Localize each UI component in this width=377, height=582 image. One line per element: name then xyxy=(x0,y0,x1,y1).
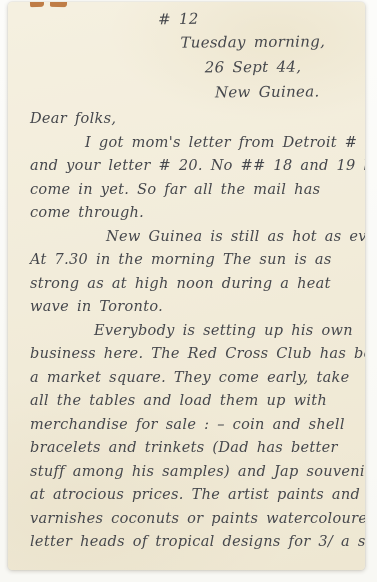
letter-line: strong as at high noon during a heat xyxy=(30,273,359,297)
letter-line: bracelets and trinkets (Dad has better xyxy=(30,437,359,461)
letter-line: varnishes coconuts or paints watercolour… xyxy=(30,508,359,532)
letter-line: stuff among his samples) and Jap souveni… xyxy=(30,461,359,485)
letter-line: and your letter # 20. No ## 18 and 19 ha… xyxy=(30,155,359,179)
letter-line: come through. xyxy=(30,202,359,226)
letter-line: merchandise for sale : – coin and shell xyxy=(30,414,359,438)
letter-line: I got mom's letter from Detroit # 17 xyxy=(30,132,359,156)
salutation: Dear folks, xyxy=(30,108,359,132)
letter-line: wave in Toronto. xyxy=(30,296,359,320)
letter-line: at atrocious prices. The artist paints a… xyxy=(30,484,359,508)
letter-line: business here. The Red Cross Club has be… xyxy=(30,343,359,367)
letter-line: come in yet. So far all the mail has xyxy=(30,179,359,203)
dateline-block: Tuesday morning, 26 Sept 44, New Guinea. xyxy=(173,29,334,105)
letter-line: Everybody is setting up his own xyxy=(30,320,359,344)
letter-line: all the tables and load them up with xyxy=(30,390,359,414)
letter-body: Dear folks, I got mom's letter from Detr… xyxy=(30,108,359,555)
letter-line: New Guinea is still as hot as ever. xyxy=(30,226,359,250)
tape-residue-mark xyxy=(30,2,44,7)
dateline-day: Tuesday morning, xyxy=(173,29,333,55)
dateline-date: 26 Sept 44, xyxy=(173,54,333,80)
letter-photo: # 12 Tuesday morning, 26 Sept 44, New Gu… xyxy=(0,0,377,582)
tape-residue-mark xyxy=(50,2,67,7)
page-number: # 12 xyxy=(158,10,199,29)
letter-line: letter heads of tropical designs for 3/ … xyxy=(30,531,359,555)
letter-line: At 7.30 in the morning The sun is as xyxy=(30,249,359,273)
letter-line: a market square. They come early, take xyxy=(30,367,359,391)
dateline-location: New Guinea. xyxy=(173,79,333,105)
letter-page: # 12 Tuesday morning, 26 Sept 44, New Gu… xyxy=(8,2,365,570)
